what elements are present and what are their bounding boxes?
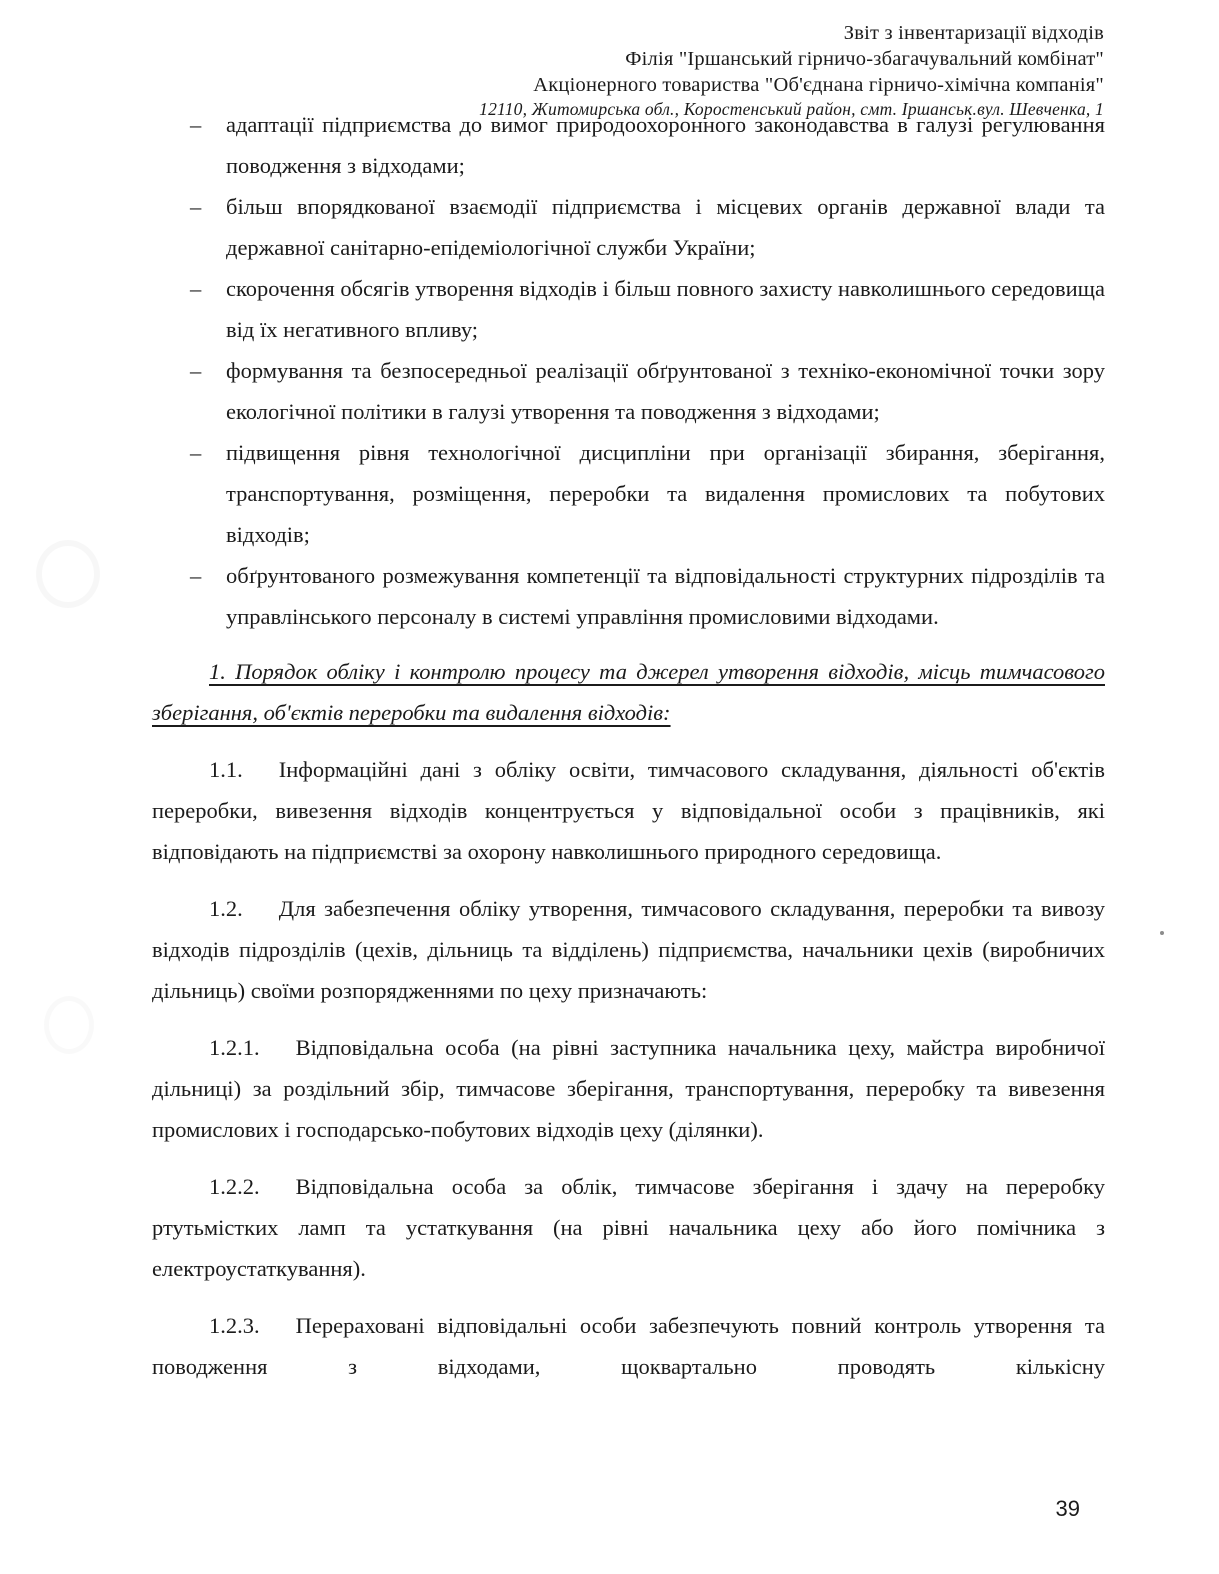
scan-holepunch-artifact: [44, 996, 94, 1054]
paragraph-text: Інформаційні дані з обліку освіти, тимча…: [152, 757, 1105, 864]
paragraph-1-2: 1.2.Для забезпечення обліку утворення, т…: [152, 888, 1105, 1011]
dash-marker: –: [190, 432, 201, 473]
document-body: – адаптації підприємства до вимог природ…: [152, 104, 1105, 1387]
header-report-title: Звіт з інвентаризації відходів: [120, 20, 1104, 46]
document-page: Звіт з інвентаризації відходів Філія "Ір…: [0, 0, 1219, 1574]
list-item: – більш впорядкованої взаємодії підприєм…: [152, 186, 1105, 268]
dash-marker: –: [190, 186, 201, 227]
list-item: – формування та безпосередньої реалізаці…: [152, 350, 1105, 432]
paragraph-1-1: 1.1.Інформаційні дані з обліку освіти, т…: [152, 749, 1105, 872]
paragraph-text: Відповідальна особа (на рівні заступника…: [152, 1035, 1105, 1142]
paragraph-1-2-3: 1.2.3.Перераховані відповідальні особи з…: [152, 1305, 1105, 1387]
section-heading: 1. Порядок обліку і контролю процесу та …: [152, 651, 1105, 733]
list-item-text: більш впорядкованої взаємодії підприємст…: [226, 194, 1105, 260]
list-item-text: скорочення обсягів утворення відходів і …: [226, 276, 1105, 342]
dash-marker: –: [190, 350, 201, 391]
paragraph-number: 1.1.: [209, 757, 279, 782]
list-item: – обґрунтованого розмежування компетенці…: [152, 555, 1105, 637]
list-item: – адаптації підприємства до вимог природ…: [152, 104, 1105, 186]
list-item-text: підвищення рівня технологічної дисциплін…: [226, 440, 1105, 547]
list-item-text: обґрунтованого розмежування компетенції …: [226, 563, 1105, 629]
paragraph-number: 1.2.2.: [209, 1174, 296, 1199]
scan-holepunch-artifact: [36, 540, 100, 608]
header-branch-name: Філія "Іршанський гірничо-збагачувальний…: [120, 46, 1104, 72]
paragraph-1-2-2: 1.2.2.Відповідальна особа за облік, тимч…: [152, 1166, 1105, 1289]
paragraph-text: Перераховані відповідальні особи забезпе…: [152, 1313, 1105, 1379]
dash-marker: –: [190, 555, 201, 596]
list-item: – скорочення обсягів утворення відходів …: [152, 268, 1105, 350]
page-number: 39: [1056, 1496, 1080, 1522]
paragraph-text: Відповідальна особа за облік, тимчасове …: [152, 1174, 1105, 1281]
list-item-text: формування та безпосередньої реалізації …: [226, 358, 1105, 424]
header-company-name: Акціонерного товариства "Об'єднана гірни…: [120, 72, 1104, 98]
dash-marker: –: [190, 104, 201, 145]
paragraph-1-2-1: 1.2.1.Відповідальна особа (на рівні заст…: [152, 1027, 1105, 1150]
list-item-text: адаптації підприємства до вимог природоо…: [226, 112, 1105, 178]
paragraph-number: 1.2.3.: [209, 1313, 296, 1338]
dash-marker: –: [190, 268, 201, 309]
paragraph-number: 1.2.1.: [209, 1035, 296, 1060]
bullet-list: – адаптації підприємства до вимог природ…: [152, 104, 1105, 637]
list-item: – підвищення рівня технологічної дисципл…: [152, 432, 1105, 555]
paragraph-number: 1.2.: [209, 896, 279, 921]
scan-speck-artifact: [1160, 931, 1164, 935]
paragraph-text: Для забезпечення обліку утворення, тимча…: [152, 896, 1105, 1003]
